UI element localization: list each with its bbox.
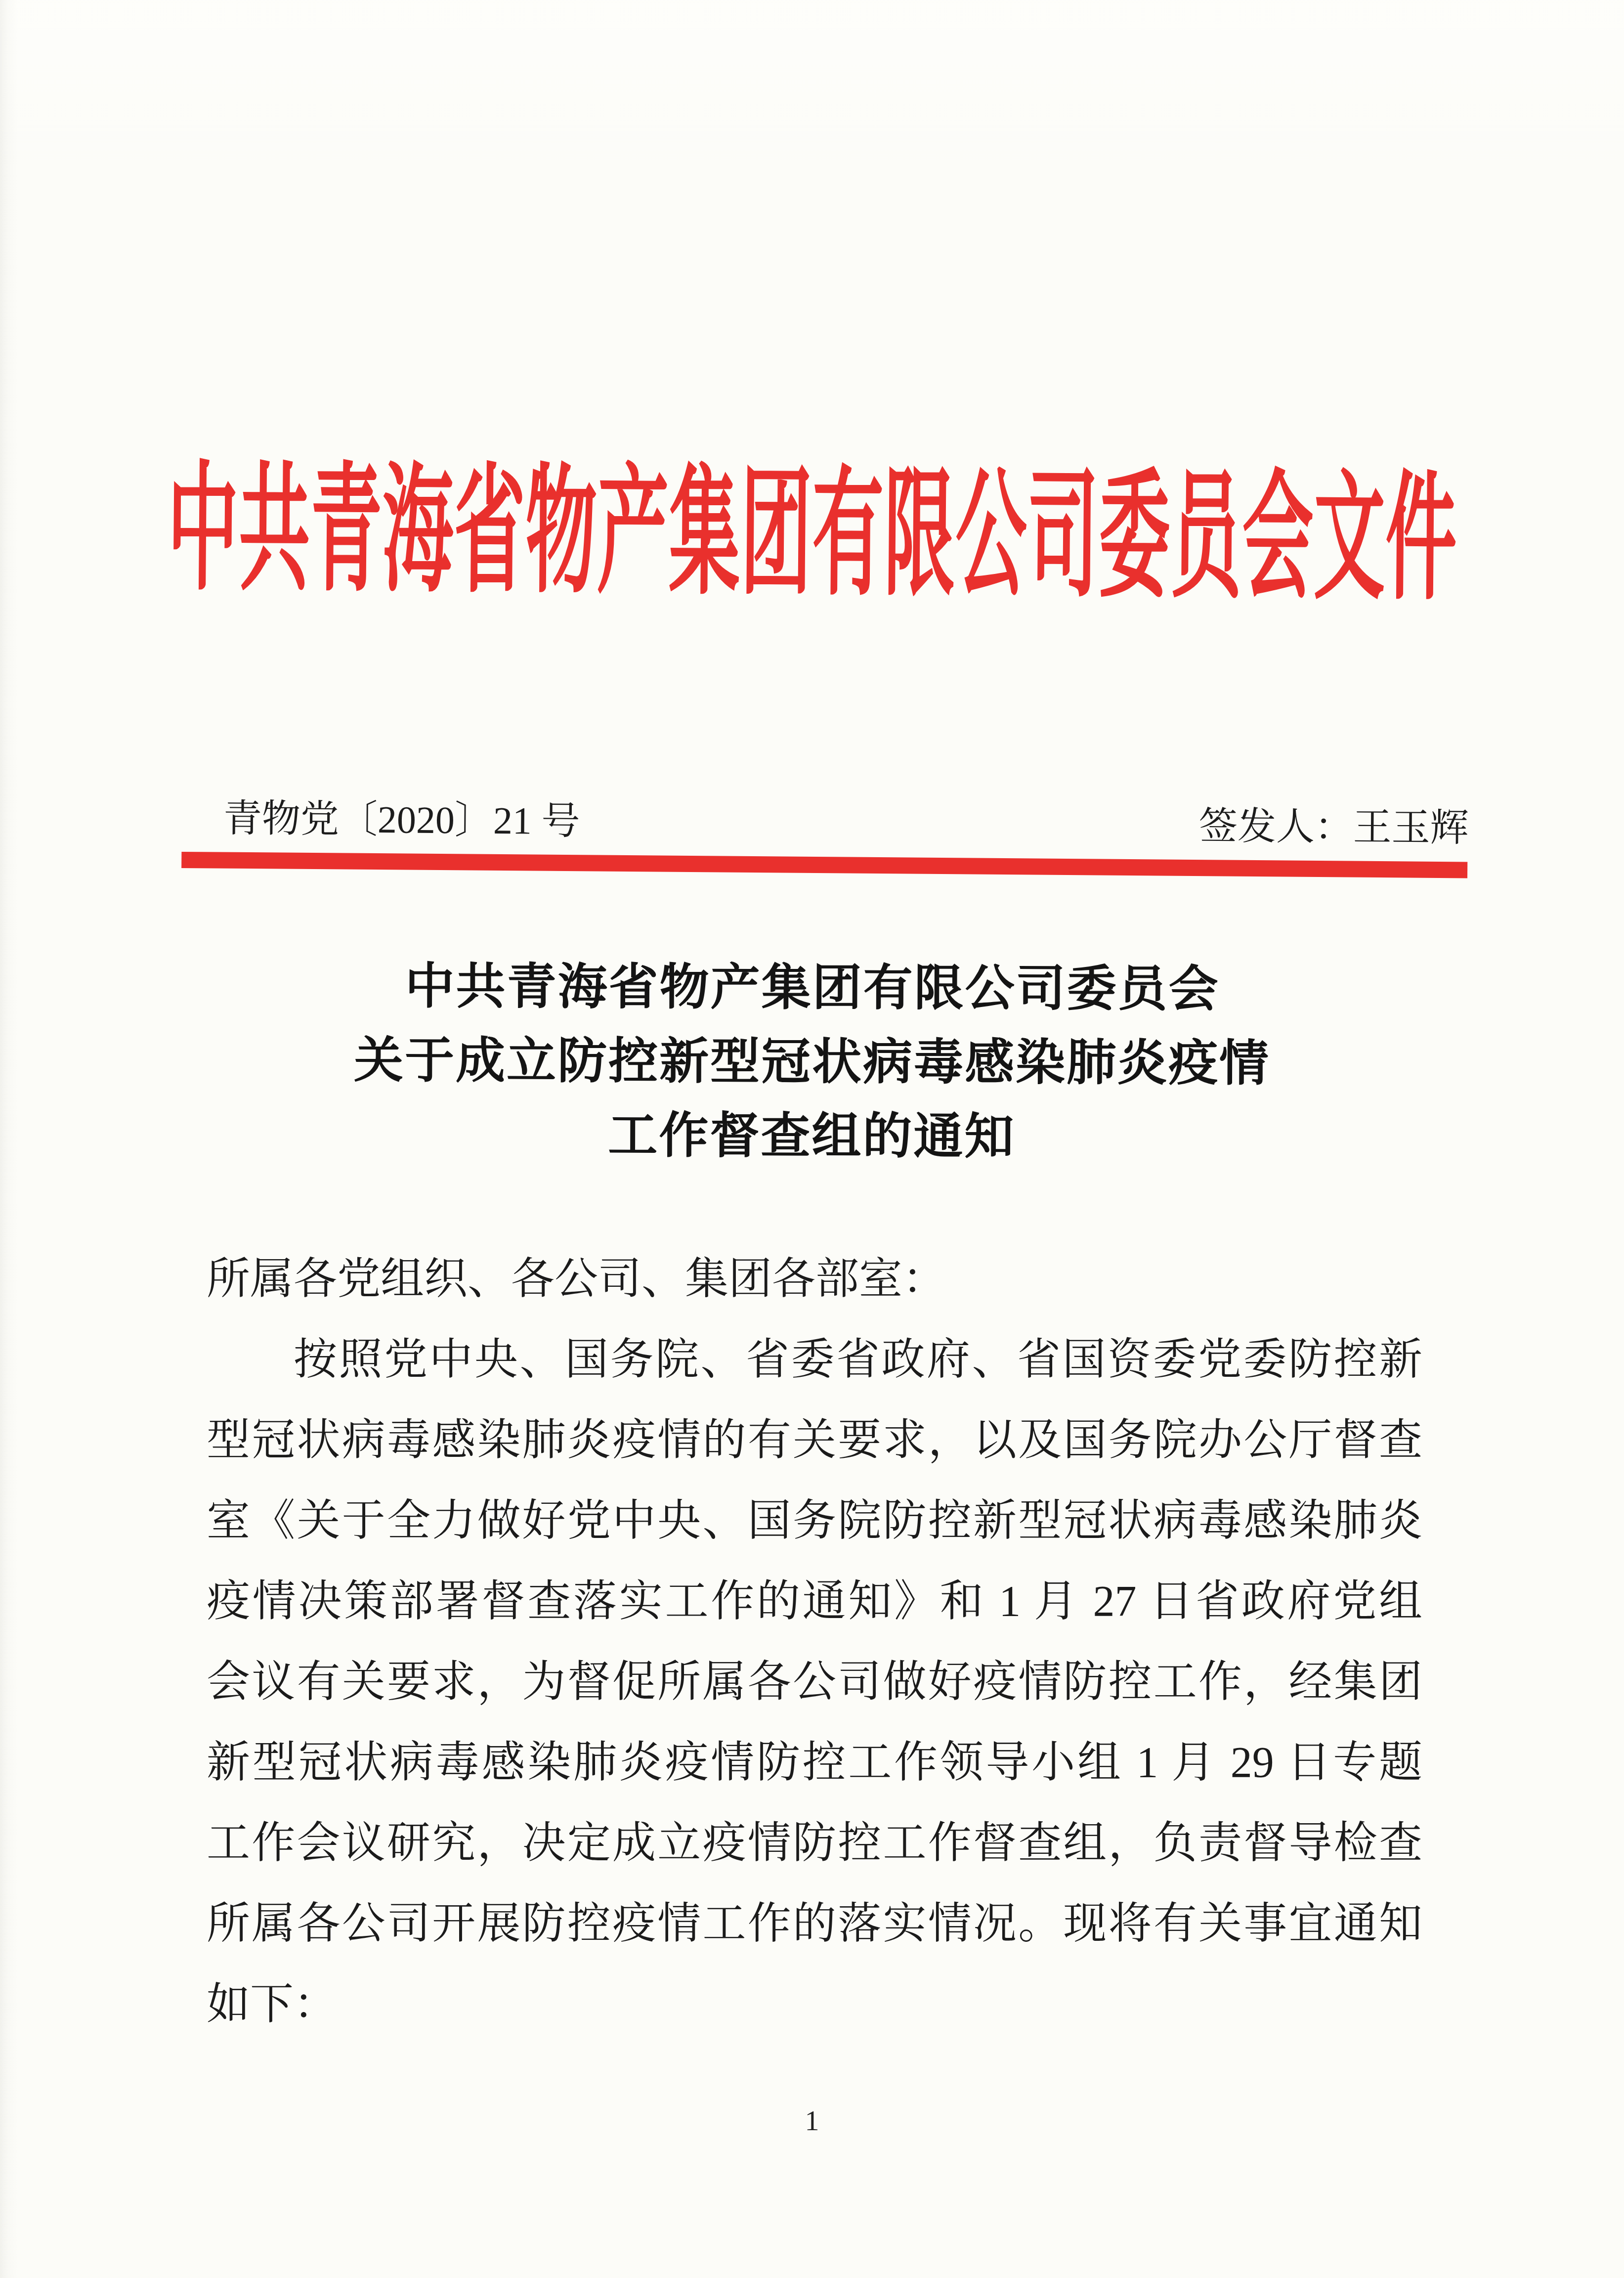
document-number-row: 青物党〔2020〕21 号 签发人：王玉辉	[182, 796, 1469, 850]
letterhead-section: 中共青海省物产集团有限公司委员会文件 青物党〔2020〕21 号 签发人：王玉辉	[0, 0, 1624, 946]
body-paragraph-line: 室《关于全力做好党中央、国务院防控新型冠状病毒感染肺炎	[207, 1481, 1422, 1561]
red-divider-line	[181, 852, 1467, 878]
notice-title-line-2: 关于成立防控新型冠状病毒感染肺炎疫情	[0, 1022, 1624, 1101]
body-paragraph-line: 工作会议研究，决定成立疫情防控工作督查组，负责督导检查	[207, 1803, 1422, 1884]
issuer-name: 签发人：王玉辉	[1198, 804, 1469, 850]
body-paragraph-line: 会议有关要求，为督促所属各公司做好疫情防控工作，经集团	[207, 1642, 1422, 1722]
notice-title-line-1: 中共青海省物产集团有限公司委员会	[0, 948, 1624, 1027]
red-document-header-title: 中共青海省物产集团有限公司委员会文件	[0, 460, 1624, 612]
body-paragraph-line: 型冠状病毒感染肺炎疫情的有关要求，以及国务院办公厅督查	[207, 1400, 1422, 1481]
body-paragraph-line: 如下：	[207, 1964, 1422, 2045]
salutation-line: 所属各党组织、各公司、集团各部室：	[207, 1239, 1422, 1319]
body-paragraph-line: 疫情决策部署督查落实工作的通知》和 1 月 27 日省政府党组	[207, 1561, 1422, 1642]
notice-title-line-3: 工作督查组的通知	[0, 1096, 1624, 1176]
notice-title: 中共青海省物产集团有限公司委员会 关于成立防控新型冠状病毒感染肺炎疫情 工作督查…	[0, 948, 1624, 1176]
body-paragraph-line: 按照党中央、国务院、省委省政府、省国资委党委防控新	[207, 1319, 1422, 1400]
body-paragraph-line: 所属各公司开展防控疫情工作的落实情况。现将有关事宜通知	[207, 1884, 1422, 1964]
document-number: 青物党〔2020〕21 号	[223, 796, 580, 843]
notice-body: 所属各党组织、各公司、集团各部室： 按照党中央、国务院、省委省政府、省国资委党委…	[207, 1239, 1422, 2045]
body-paragraph-line: 新型冠状病毒感染肺炎疫情防控工作领导小组 1 月 29 日专题	[207, 1722, 1422, 1803]
scanned-document-page: 中共青海省物产集团有限公司委员会文件 青物党〔2020〕21 号 签发人：王玉辉…	[0, 0, 1624, 2278]
page-number: 1	[0, 2104, 1624, 2137]
